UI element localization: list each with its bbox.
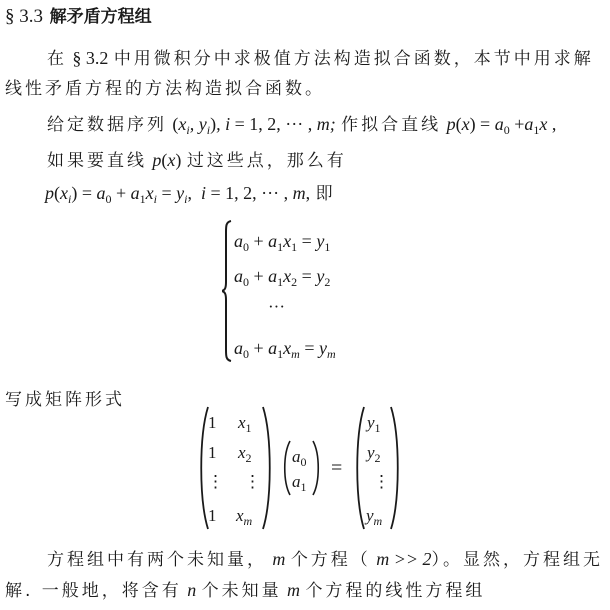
given-line: 给定数据序列 (xi, yi), i = 1, 2, ··· , m; 作拟合直… <box>47 110 556 135</box>
equation-line: p(xi) = a0 + a1xi = yi, i = 1, 2, ··· , … <box>45 179 336 204</box>
matrix-a-cell: x2 <box>238 443 252 463</box>
through-text: 如果要直线 <box>47 151 147 171</box>
conclusion-text: 个方程的线性方程组 <box>305 581 485 601</box>
system-row-m: a0 + a1xm = ym <box>234 338 336 359</box>
section-number: § 3.3 <box>5 6 43 27</box>
matrix-a-cell: x1 <box>238 413 252 433</box>
system-row-2: a0 + a1x2 = y2 <box>234 266 330 287</box>
right-paren-icon <box>390 406 400 530</box>
given-text: 给定数据序列 <box>47 115 167 135</box>
conclusion-text: 个未知量 <box>202 581 282 601</box>
fit-formula: p(x) = a0 +a1x , <box>447 114 557 134</box>
matrix-a-cell: 1 <box>208 506 217 526</box>
conclusion-line-2: 解. 一般地，将含有 n 个未知量 m 个方程的线性方程组 <box>5 576 485 601</box>
intro-line-1: 在 § 3.2 中用微积分中求极值方法构造拟合函数，本节中用求解 <box>47 44 594 69</box>
equals-sign: = <box>331 457 342 480</box>
through-line: 如果要直线 p(x) 过这些点，那么有 <box>47 146 347 171</box>
system-row-ellipsis: ··· <box>268 297 285 317</box>
data-pair: (xi, yi), i = 1, 2, ··· , m; <box>172 114 335 134</box>
intro-text: 在 <box>47 49 67 69</box>
left-paren-icon <box>355 406 365 530</box>
through-text: 过这些点，那么有 <box>187 151 347 171</box>
right-paren-icon <box>262 406 272 530</box>
math-m: m <box>272 549 285 569</box>
conclusion-text: 方程组中有两个未知量， <box>47 550 267 570</box>
matrix-a-cell: 1 <box>208 443 217 463</box>
vector-y-cell: y1 <box>367 413 381 433</box>
matrix-a-cell: xm <box>236 506 252 526</box>
conclusion-line-1: 方程组中有两个未知量， m 个方程（ m >> 2）。显然，方程组无 <box>47 545 603 570</box>
section-title: § 3.3 解矛盾方程组 <box>5 2 152 28</box>
intro-text: 中用微积分中求极值方法构造拟合函数，本节中用求解 <box>114 49 594 69</box>
vector-y-cell: y2 <box>367 443 381 463</box>
conclusion-text: 个方程（ <box>291 550 371 570</box>
section-reference: § 3.2 <box>72 48 108 68</box>
matrix-label-text: 写成矩阵形式 <box>5 390 125 410</box>
equation-suffix: 即 <box>316 184 336 204</box>
equation: p(xi) = a0 + a1xi = yi, i = 1, 2, ··· , … <box>45 183 310 203</box>
system-row-1: a0 + a1x1 = y1 <box>234 231 330 252</box>
intro-line-2: 线性矛盾方程的方法构造拟合函数。 <box>5 74 325 99</box>
matrix-a-cell: ⋮ <box>207 472 224 492</box>
fit-line-text: 作拟合直线 <box>341 115 441 135</box>
p-of-x: p(x) <box>152 150 181 170</box>
conclusion-text: ）。显然，方程组无 <box>432 550 604 570</box>
section-title-text: 解矛盾方程组 <box>50 7 152 27</box>
matrix-a-cell: ⋮ <box>244 472 261 492</box>
left-paren-icon <box>283 440 291 496</box>
math-condition: m >> 2 <box>376 549 431 569</box>
vector-y-cell: ym <box>366 506 382 526</box>
vector-a-cell: a1 <box>292 472 307 492</box>
conclusion-text: 解. 一般地，将含有 <box>5 581 182 601</box>
math-m: m <box>287 580 300 600</box>
matrix-a-cell: 1 <box>208 413 217 433</box>
vector-a-cell: a0 <box>292 447 307 467</box>
left-brace-icon <box>222 220 232 362</box>
matrix-label: 写成矩阵形式 <box>5 385 125 410</box>
intro-text: 线性矛盾方程的方法构造拟合函数。 <box>5 79 325 99</box>
right-paren-icon <box>312 440 320 496</box>
vector-y-cell: ⋮ <box>373 472 390 492</box>
math-n: n <box>187 580 196 600</box>
